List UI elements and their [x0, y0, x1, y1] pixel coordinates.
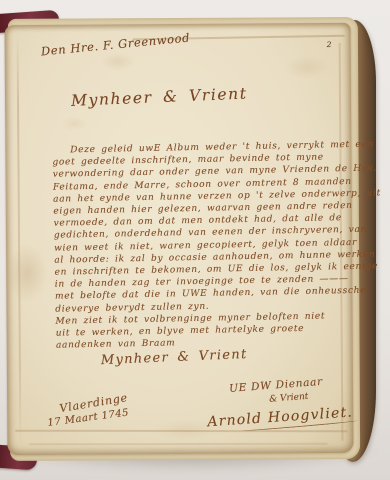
salutation: Mynheer & Vrient: [71, 84, 248, 109]
bottom-fold-line: [15, 430, 347, 433]
letter-body: Deze geleid uwE Album weder 't huis, ver…: [52, 139, 348, 352]
paper-stain: [285, 55, 329, 79]
bottom-fold-line-2: [29, 443, 327, 445]
photographed-album-page: Den Hre. F. Greenwood 2 Mynheer & Vrient…: [0, 0, 390, 480]
paper-stain: [101, 52, 135, 70]
addressee-inscription: Den Hre. F. Greenwood: [40, 30, 190, 58]
gutter-crease: [17, 31, 22, 447]
paper-stain: [61, 117, 87, 131]
page-number: 2: [327, 40, 332, 49]
signature: Arnold Hoogvliet.: [207, 404, 354, 430]
album-page: Den Hre. F. Greenwood 2 Mynheer & Vrient…: [5, 23, 354, 455]
paper-stain: [6, 243, 48, 303]
valediction-line-1: UE DW Dienaar: [229, 376, 323, 395]
valediction-line-2: & Vrient: [269, 392, 309, 405]
